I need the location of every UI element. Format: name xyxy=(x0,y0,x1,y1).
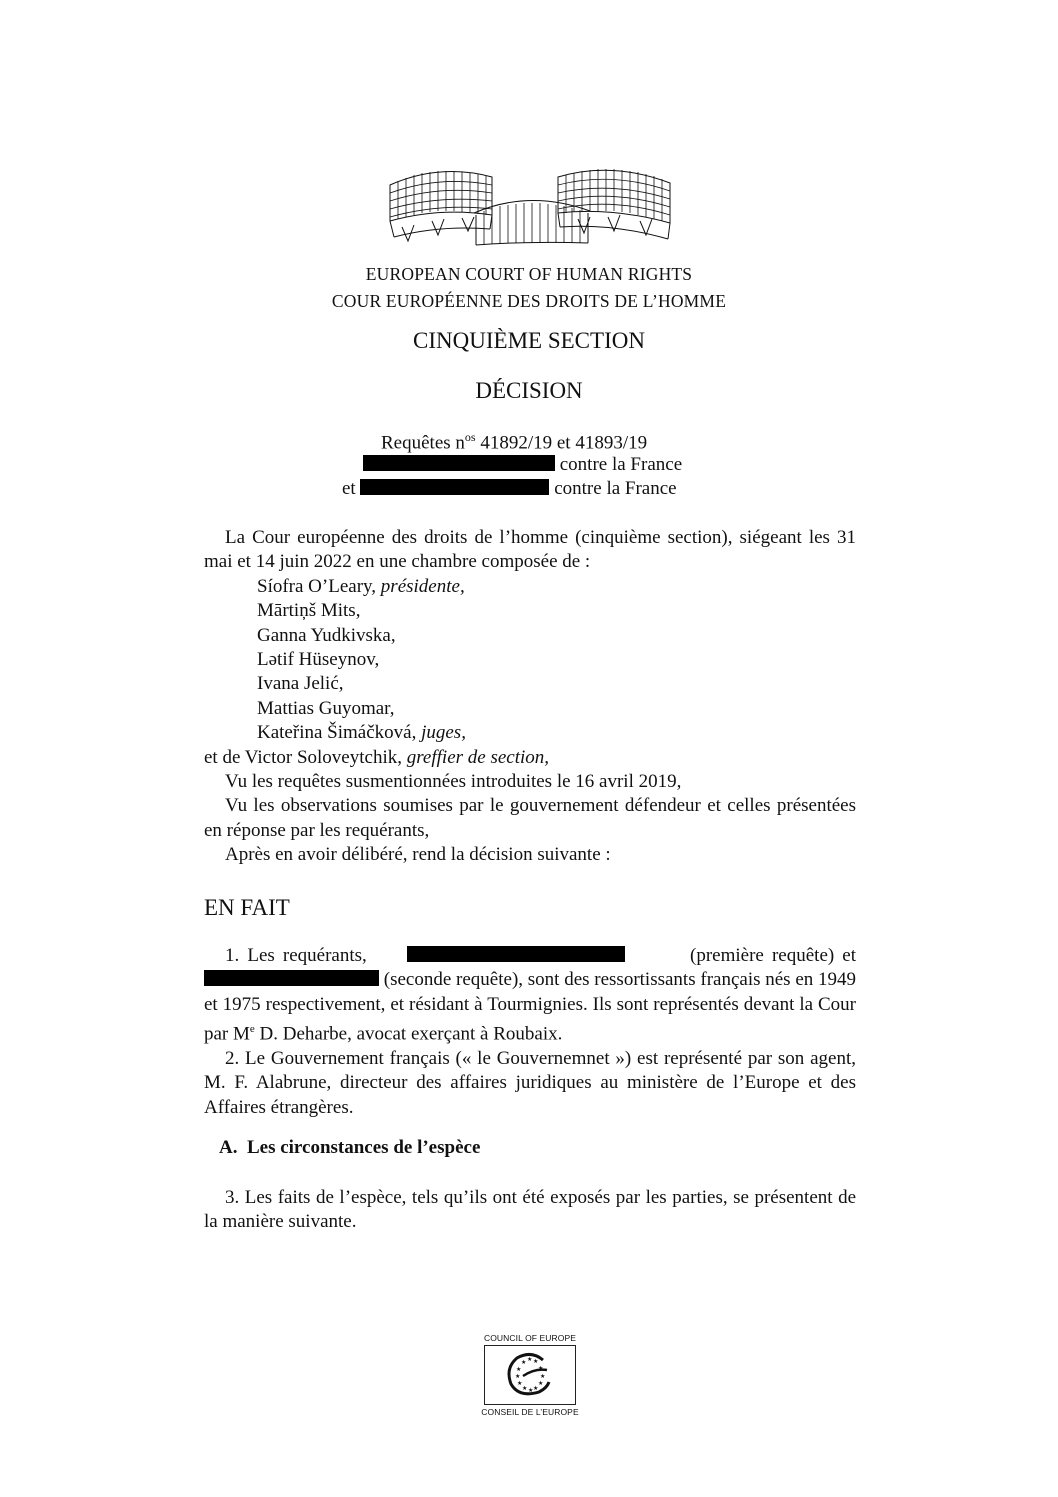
redacted-name xyxy=(363,455,555,471)
judge-line: Mārtiņš Mits, xyxy=(204,599,856,623)
facts-body: 1. Les requérants, (première requête) et… xyxy=(204,944,856,1120)
judge-line: Ivana Jelić, xyxy=(204,672,856,696)
en-fait-heading: EN FAIT xyxy=(204,895,290,921)
court-name-english: EUROPEAN COURT OF HUMAN RIGHTS xyxy=(0,264,1058,285)
vu-paragraph-2: Vu les observations soumises par le gouv… xyxy=(204,794,856,843)
intro-paragraph: La Cour européenne des droits de l’homme… xyxy=(204,526,856,575)
document-page: EUROPEAN COURT OF HUMAN RIGHTS COUR EURO… xyxy=(0,0,1058,1497)
judge-line: Ganna Yudkivska, xyxy=(204,624,856,648)
court-building-icon xyxy=(380,155,680,255)
facts-body-2: 3. Les faits de l’espèce, tels qu’ils on… xyxy=(204,1186,856,1235)
coe-top-text: COUNCIL OF EUROPE xyxy=(472,1333,588,1343)
paragraph-3: 3. Les faits de l’espèce, tels qu’ils on… xyxy=(204,1186,856,1235)
svg-text:★: ★ xyxy=(540,1373,545,1380)
judge-line: Kateřina Šimáčková, juges, xyxy=(204,721,856,745)
vu-paragraph-1: Vu les requêtes susmentionnées introduit… xyxy=(204,770,856,794)
svg-text:★: ★ xyxy=(538,1380,543,1387)
paragraph-1: 1. Les requérants, (première requête) et… xyxy=(204,944,856,1047)
application-numbers: Requêtes nos 41892/19 et 41893/19 xyxy=(381,430,647,454)
redacted-name xyxy=(360,479,549,495)
judge-line: Síofra O’Leary, présidente, xyxy=(204,575,856,599)
paragraph-2: 2. Le Gouvernement français (« le Gouver… xyxy=(204,1047,856,1120)
council-of-europe-logo-icon: COUNCIL OF EUROPE ★★★ ★★ ★★ ★★ ★★★ CONSE… xyxy=(472,1333,588,1423)
svg-text:★: ★ xyxy=(521,1359,526,1366)
decision-intro: La Cour européenne des droits de l’homme… xyxy=(204,526,856,868)
svg-text:★: ★ xyxy=(522,1385,527,1392)
redacted-name xyxy=(204,970,379,986)
case-party-line-2: et contre la France xyxy=(342,478,677,500)
redacted-name xyxy=(407,946,625,962)
svg-text:★: ★ xyxy=(533,1385,538,1392)
coe-bottom-text: CONSEIL DE L’EUROPE xyxy=(472,1407,588,1417)
case-party-line-1: contre la France xyxy=(363,454,682,476)
judge-line: Lətif Hüseynov, xyxy=(204,648,856,672)
svg-text:★: ★ xyxy=(515,1373,520,1380)
coe-emblem-box: ★★★ ★★ ★★ ★★ ★★★ xyxy=(484,1345,576,1405)
svg-text:★: ★ xyxy=(516,1366,521,1373)
svg-text:★: ★ xyxy=(538,1365,543,1372)
document-type-title: DÉCISION xyxy=(0,378,1058,404)
deliberation-line: Après en avoir délibéré, rend la décisio… xyxy=(204,843,856,867)
coe-emblem-icon: ★★★ ★★ ★★ ★★ ★★★ xyxy=(485,1346,575,1404)
court-name-french: COUR EUROPÉENNE DES DROITS DE L’HOMME xyxy=(0,291,1058,312)
svg-text:★: ★ xyxy=(527,1356,532,1363)
svg-text:★: ★ xyxy=(533,1358,538,1365)
judge-line: Mattias Guyomar, xyxy=(204,697,856,721)
section-title: CINQUIÈME SECTION xyxy=(0,328,1058,354)
registrar-line: et de Victor Soloveytchik, greffier de s… xyxy=(204,746,856,770)
section-a-heading: A. Les circonstances de l’espèce xyxy=(219,1137,480,1159)
